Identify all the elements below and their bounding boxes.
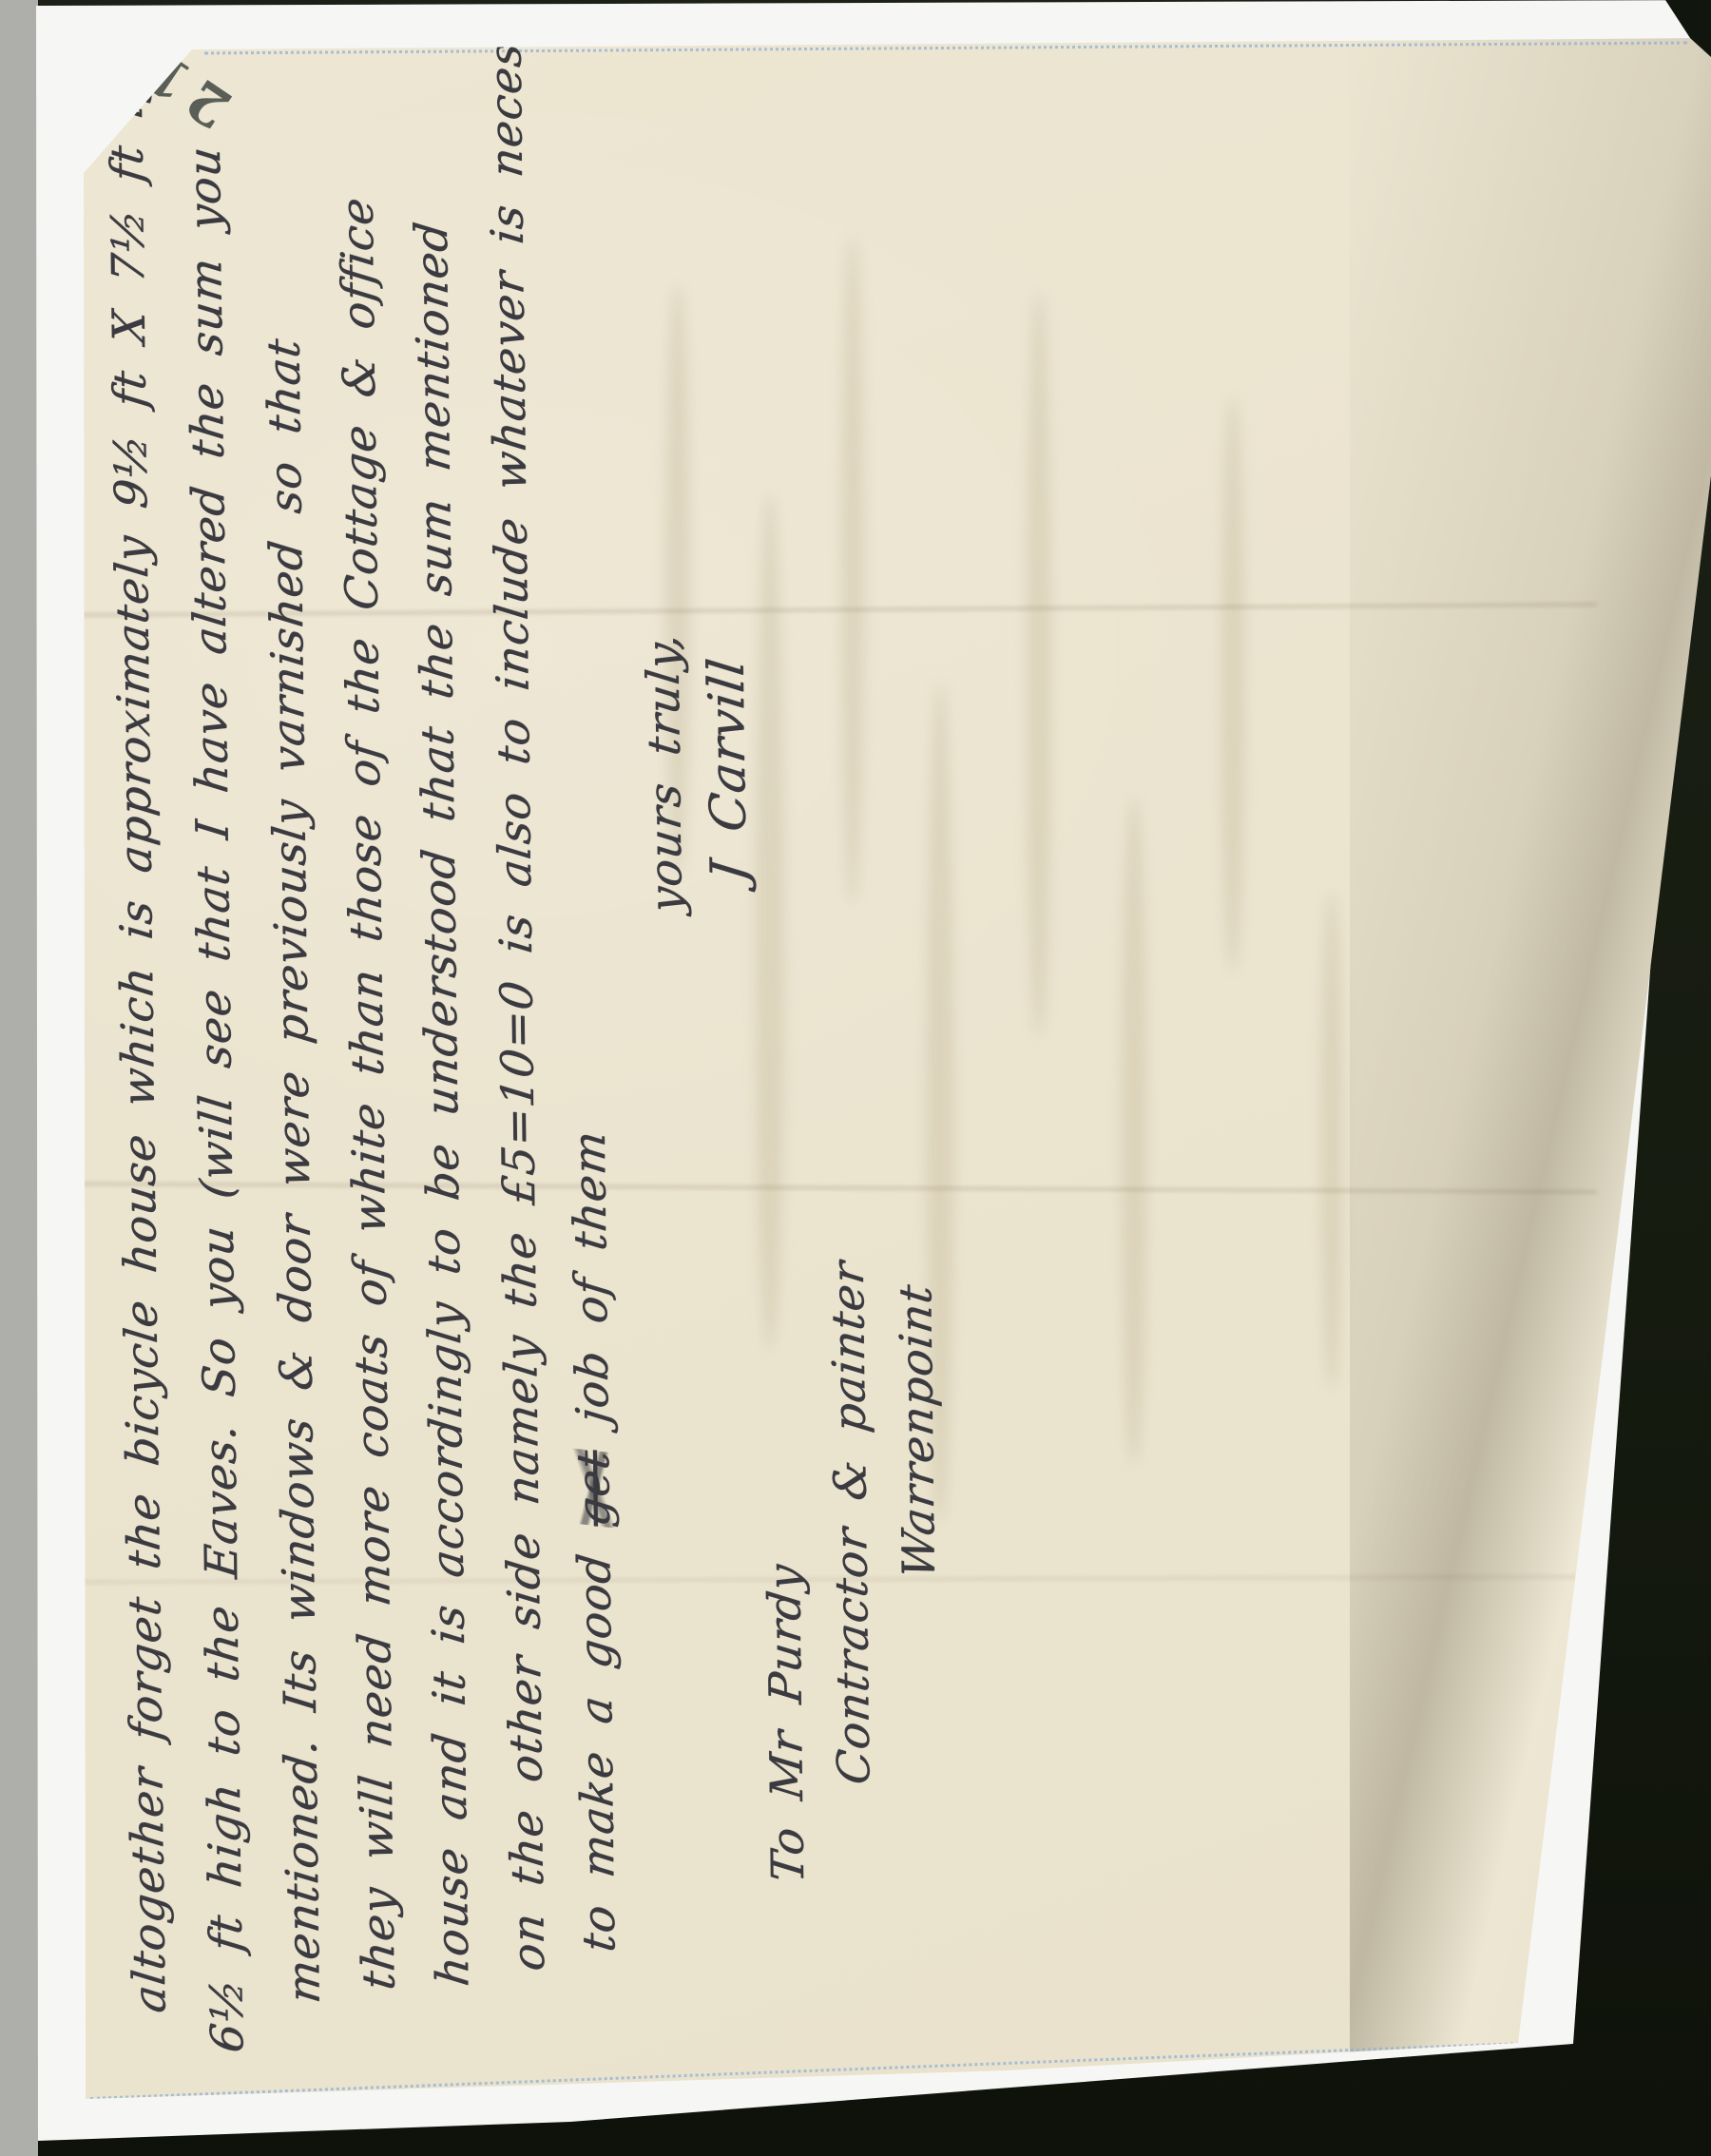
letter-line: 6½ ft high to the Eaves. So you (will se… bbox=[179, 144, 255, 2055]
letter-line: altogether forget the bicycle house whic… bbox=[100, 70, 176, 2015]
scanned-letterbook-page: 211 altogether forget the bicycle house … bbox=[0, 0, 1711, 2156]
ink-bleedthrough-mark bbox=[1321, 894, 1342, 1388]
ink-bleedthrough-mark bbox=[1027, 295, 1051, 1036]
ink-bleedthrough-mark bbox=[1221, 399, 1244, 970]
addressee-name: To Mr Purdy bbox=[759, 1562, 815, 1886]
addressee-town: Warrenpoint bbox=[890, 1281, 946, 1581]
letter-line: to make a good get job of them bbox=[564, 1128, 626, 1954]
letter-line: they will need more coats of white than … bbox=[331, 195, 405, 1992]
crossed-out-word: get bbox=[567, 1448, 621, 1530]
page-gutter-fold-shading bbox=[1350, 0, 1711, 2156]
ink-bleedthrough-mark bbox=[1122, 799, 1146, 1464]
handwritten-letter: altogether forget the bicycle house whic… bbox=[84, 71, 996, 2058]
letter-line-text: job of them bbox=[564, 1128, 620, 1453]
scanner-background-strip bbox=[0, 0, 38, 2156]
letter-page: 211 altogether forget the bicycle house … bbox=[0, 0, 1711, 2156]
closing-valediction: yours truly, bbox=[637, 630, 693, 915]
letter-line-text: to make a good bbox=[568, 1523, 626, 1954]
letter-line: on the other side namely the £5=10=0 is … bbox=[478, 0, 555, 1973]
letter-line: house and it is accordingly to be unders… bbox=[406, 219, 480, 1989]
addressee-occupation: Contractor & painter bbox=[822, 1259, 881, 1787]
signature: J Carvill bbox=[699, 655, 759, 884]
letter-line: mentioned. Its windows & door were previ… bbox=[258, 336, 330, 2006]
